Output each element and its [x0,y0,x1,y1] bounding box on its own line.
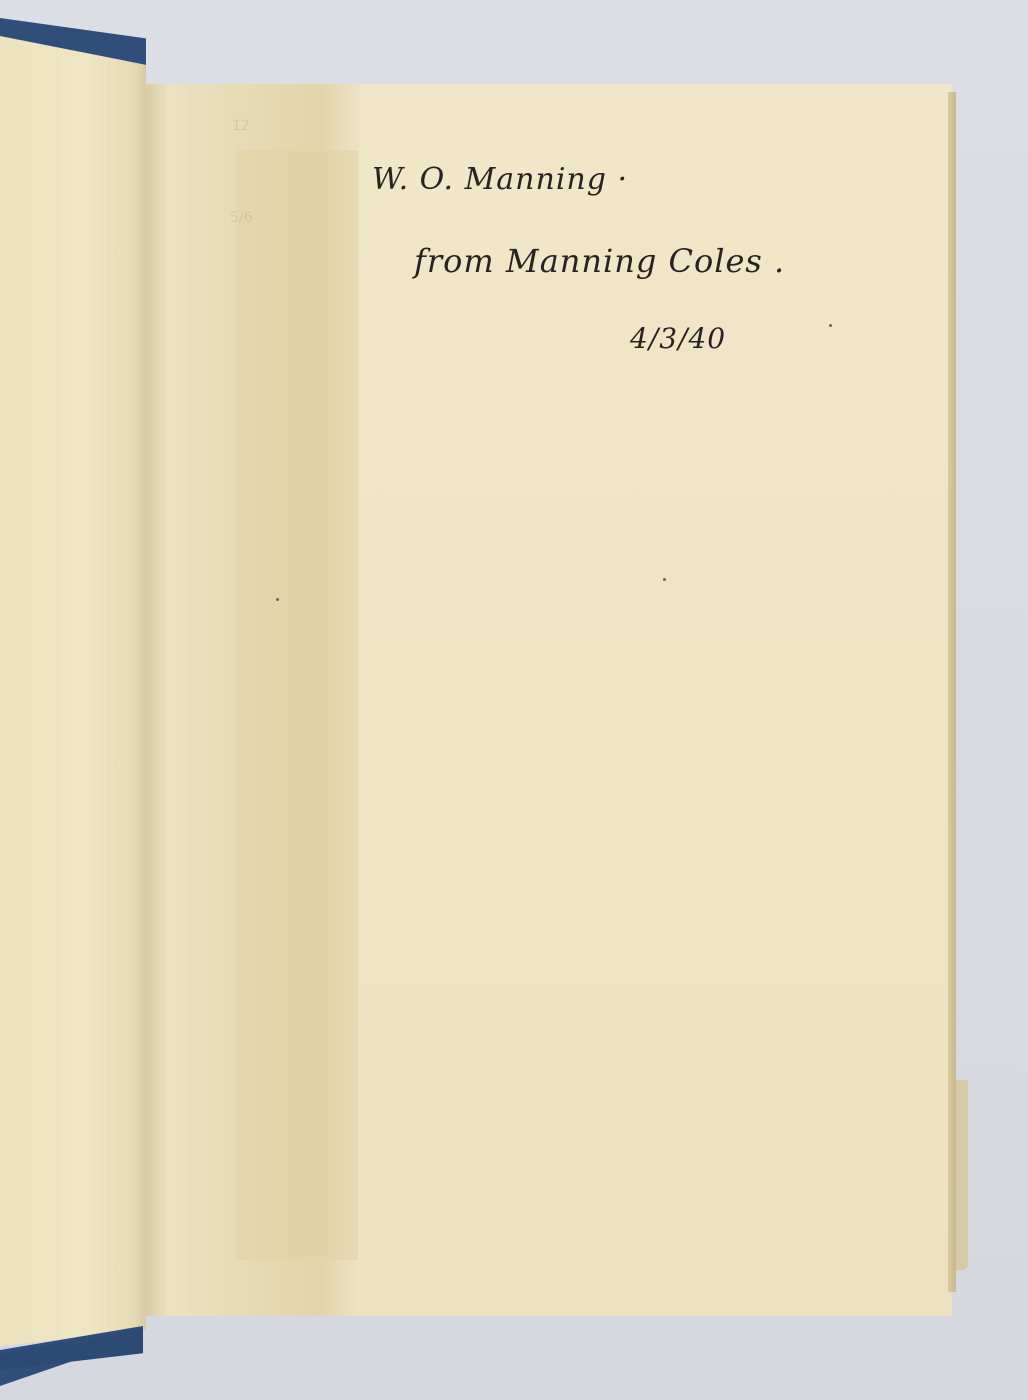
pencil-number: 12 [232,118,250,134]
inscription-from: from Manning Coles . [414,242,785,280]
paper-speck [276,598,279,601]
inscription-date: 4/3/40 [630,322,726,355]
handwritten-inscription: W. O. Manning · from Manning Coles . 4/3… [368,150,848,390]
inscription-recipient: W. O. Manning · [372,162,628,197]
paper-speck [663,578,666,581]
front-pastedown [0,36,146,1346]
paper-speck [829,324,832,327]
pencil-price: 5/6 [230,210,253,226]
fore-edge [948,92,956,1292]
text-block-edge [956,1080,968,1270]
gutter [146,84,166,1316]
browning-shadow [236,150,358,1260]
